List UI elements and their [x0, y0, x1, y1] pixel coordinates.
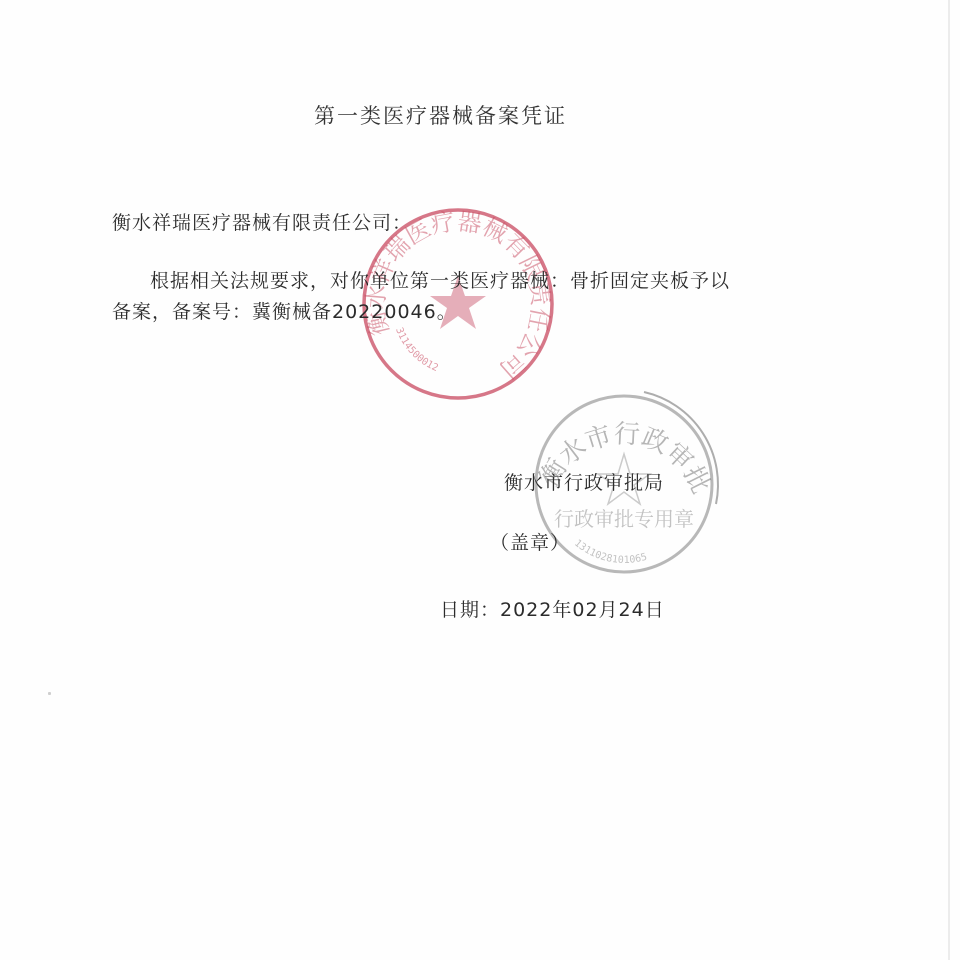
body-paragraph-line-1: 根据相关法规要求，对你单位第一类医疗器械：骨折固定夹板予以: [150, 266, 730, 293]
addressee: 衡水祥瑞医疗器械有限责任公司：: [112, 208, 412, 235]
svg-text:行政审批专用章: 行政审批专用章: [554, 507, 694, 531]
scan-edge-line: [948, 0, 950, 960]
svg-text:1311028101065: 1311028101065: [572, 538, 648, 566]
document-title: 第一类医疗器械备案凭证: [314, 100, 567, 130]
svg-text:3114500012: 3114500012: [393, 326, 440, 374]
issuing-authority: 衡水市行政审批局: [504, 468, 664, 495]
issue-date: 日期：2022年02月24日: [440, 595, 665, 622]
scan-speck: [48, 692, 51, 695]
document-page: 第一类医疗器械备案凭证 衡水祥瑞医疗器械有限责任公司： 根据相关法规要求，对你单…: [0, 0, 960, 960]
body-paragraph-line-2: 备案，备案号：冀衡械备20220046。: [112, 297, 457, 324]
seal-note: （盖章）: [490, 528, 570, 555]
